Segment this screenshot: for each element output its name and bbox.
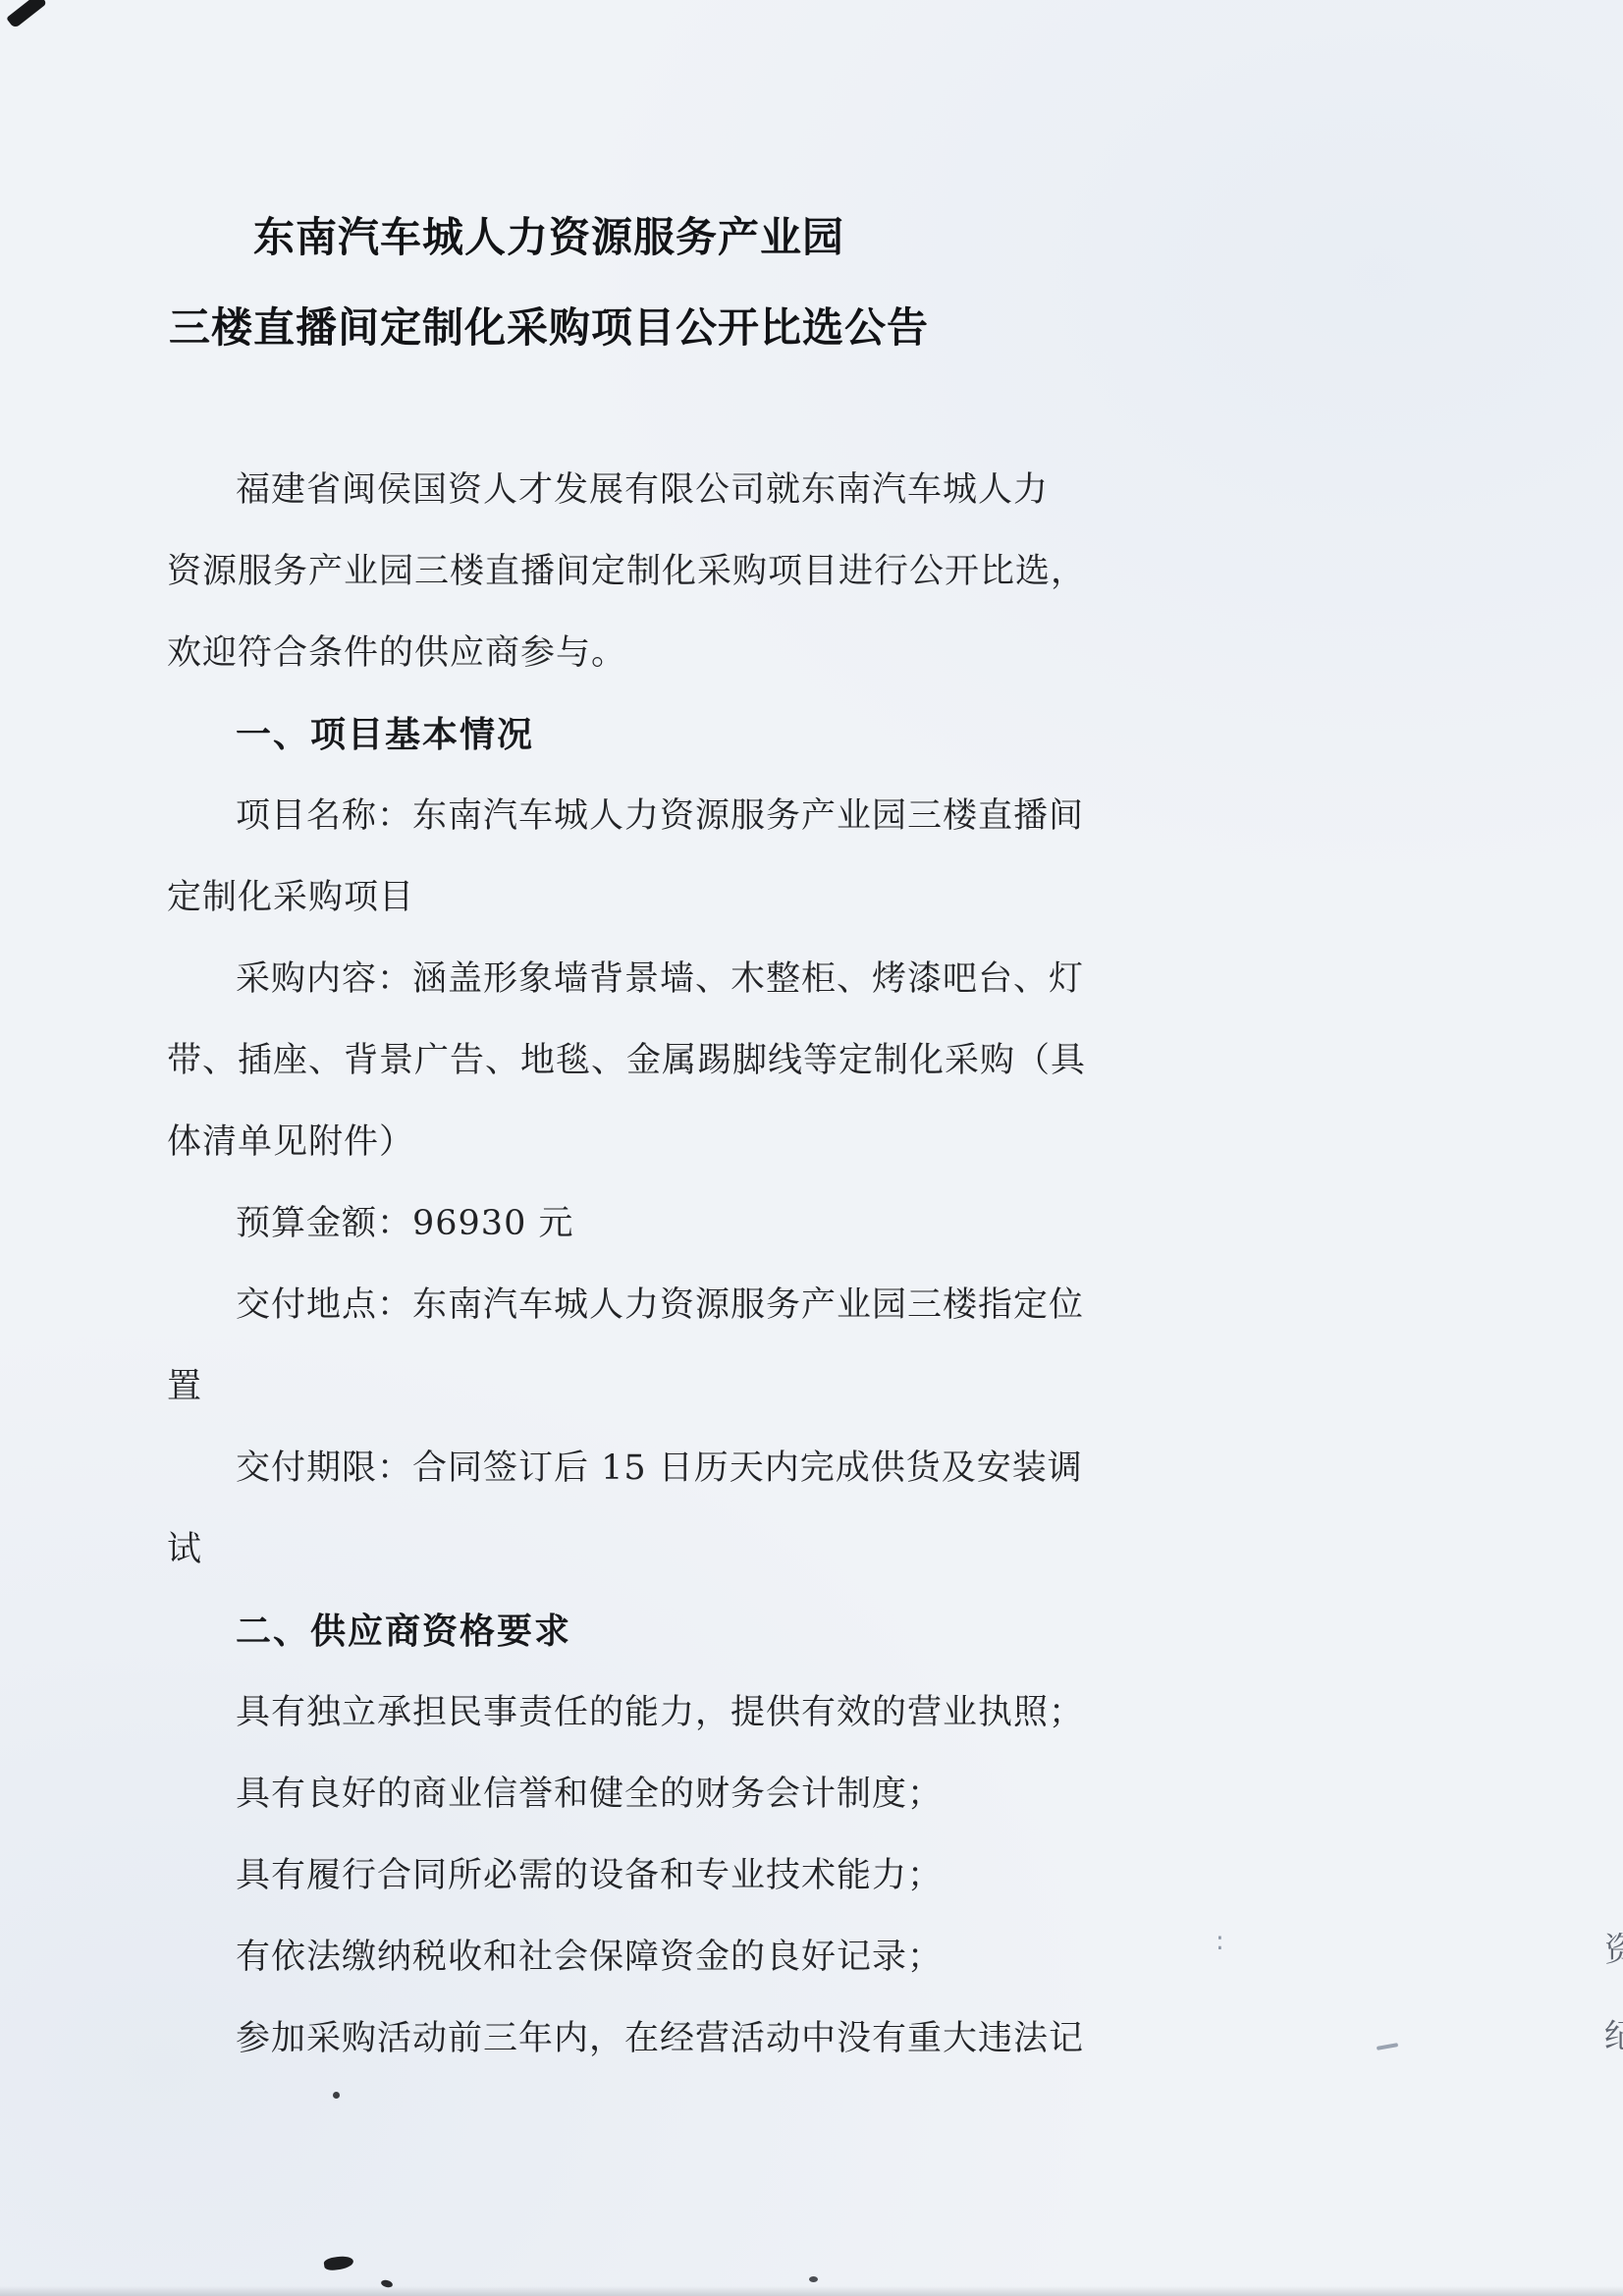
document-title-line2: 三楼直播间定制化采购项目公开比选公告 (169, 303, 929, 352)
section-heading: 二、供应商资格要求 (167, 1591, 931, 1672)
text-line: 试 (167, 1509, 931, 1591)
text-line: 置 (167, 1346, 931, 1428)
text-line: 交付地点：东南汽车城人力资源服务产业园三楼指定位 (167, 1265, 931, 1346)
document-title-line1: 东南汽车城人力资源服务产业园 (253, 213, 844, 261)
text-line: 采购内容：涵盖形象墙背景墙、木整柜、烤漆吧台、灯 (167, 939, 931, 1020)
text-line: 参加采购活动前三年内，在经营活动中没有重大违法记 (167, 1998, 931, 2080)
scan-artifact-faint-dash (1377, 2043, 1398, 2050)
scan-artifact-corner-mark (6, 0, 47, 28)
scanned-document-page: 东南汽车城人力资源服务产业园 三楼直播间定制化采购项目公开比选公告 福建省闽侯国… (0, 0, 1623, 2296)
text-line: 具有履行合同所必需的设备和专业技术能力； (167, 1835, 931, 1917)
text-line: 体清单见附件） (167, 1102, 931, 1183)
text-line: 交付期限：合同签订后 15 日历天内完成供货及安装调 (167, 1428, 931, 1509)
text-line: 有依法缴纳税收和社会保障资金的良好记录； (167, 1917, 931, 1998)
text-line: 定制化采购项目 (167, 857, 931, 939)
text-line: 带、插座、背景广告、地毯、金属踢脚线等定制化采购（具 (167, 1020, 931, 1102)
scan-artifact-dot (333, 2092, 340, 2099)
text-line: 欢迎符合条件的供应商参与。 (167, 613, 931, 694)
scan-artifact-faint-colon: : (1216, 1927, 1234, 1956)
text-line: 预算金额：96930 元 (167, 1183, 931, 1265)
text-line: 项目名称：东南汽车城人力资源服务产业园三楼直播间 (167, 776, 931, 857)
section-heading: 一、项目基本情况 (167, 694, 931, 776)
scan-artifact-speck (323, 2255, 354, 2272)
text-line: 资源服务产业园三楼直播间定制化采购项目进行公开比选， (167, 531, 931, 613)
document-title: 东南汽车城人力资源服务产业园 三楼直播间定制化采购项目公开比选公告 (167, 0, 931, 373)
text-line: 具有良好的商业信誉和健全的财务会计制度； (167, 1754, 931, 1835)
edge-cutoff-character: 纪 (1604, 2009, 1623, 2057)
text-line: 具有独立承担民事责任的能力，提供有效的营业执照； (167, 1672, 931, 1754)
scan-artifact-speck (809, 2276, 818, 2282)
document-content: 东南汽车城人力资源服务产业园 三楼直播间定制化采购项目公开比选公告 福建省闽侯国… (167, 0, 931, 2080)
text-line: 福建省闽侯国资人才发展有限公司就东南汽车城人力 (167, 450, 931, 531)
document-lines: 福建省闽侯国资人才发展有限公司就东南汽车城人力资源服务产业园三楼直播间定制化采购… (167, 450, 931, 2080)
edge-cutoff-character: 资 (1604, 1923, 1623, 1971)
scan-artifact-bottom-shade (0, 2286, 1623, 2296)
